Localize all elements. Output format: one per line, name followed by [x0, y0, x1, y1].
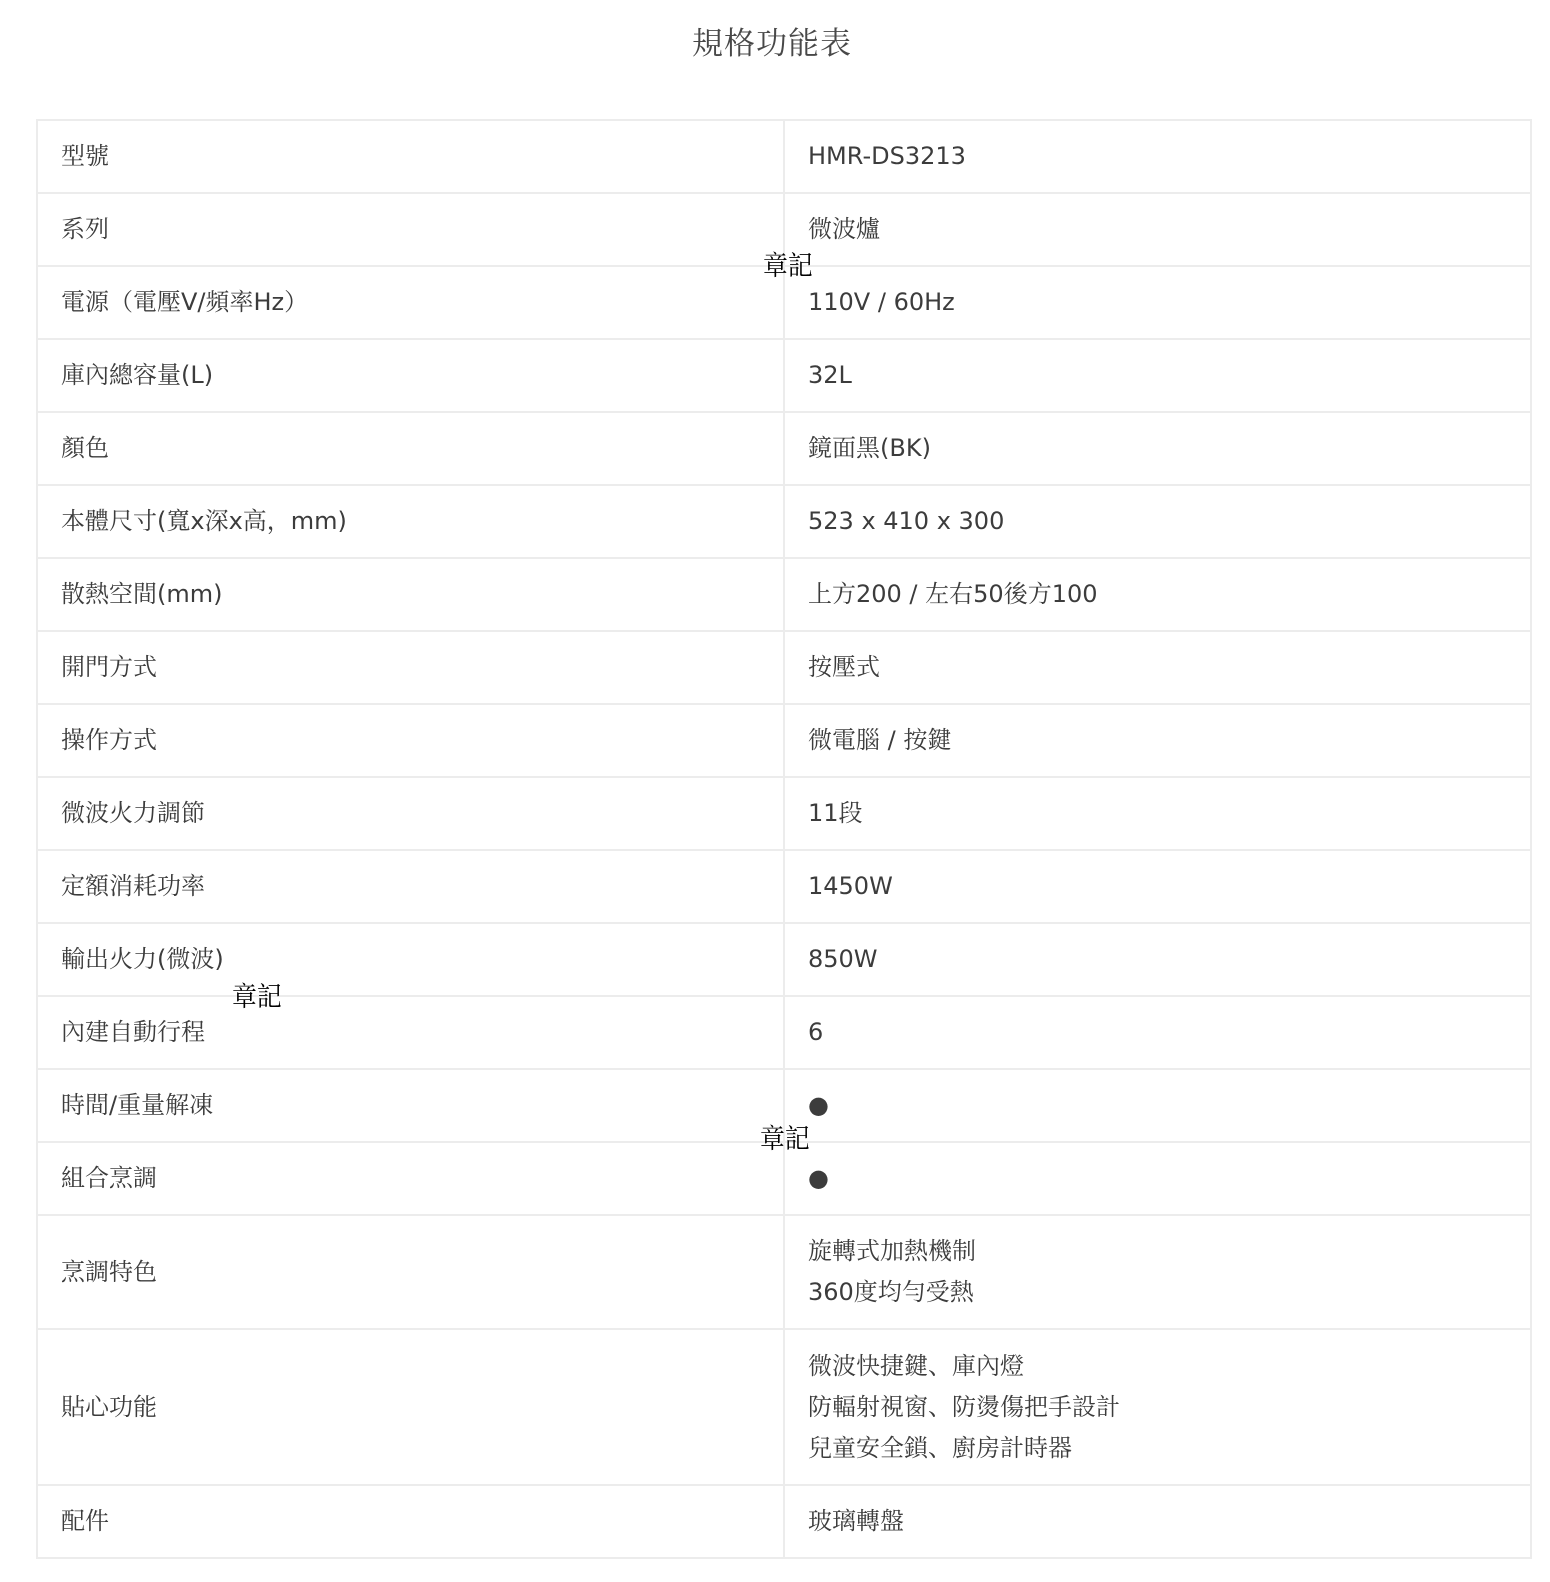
table-row: 散熱空間(mm) 上方200 / 左右50後方100: [37, 558, 1531, 631]
row-value: 旋轉式加熱機制 360度均勻受熱: [784, 1215, 1531, 1329]
page-title: 規格功能表: [0, 22, 1544, 66]
row-value: ●: [784, 1142, 1531, 1215]
row-label: 烹調特色: [37, 1215, 784, 1329]
table-row: 庫內總容量(L) 32L: [37, 339, 1531, 412]
row-label: 配件: [37, 1485, 784, 1558]
row-label: 顏色: [37, 412, 784, 485]
row-value: 微波爐: [784, 193, 1531, 266]
row-label: 時間/重量解凍: [37, 1069, 784, 1142]
row-value: 6: [784, 996, 1531, 1069]
row-value: HMR-DS3213: [784, 120, 1531, 193]
row-value: 1450W: [784, 850, 1531, 923]
value-text: 旋轉式加熱機制: [808, 1231, 1530, 1272]
overlay-mark-text: 章記: [232, 983, 282, 1013]
value-text: 按壓式: [808, 647, 1530, 688]
row-label: 本體尺寸(寬x深x高，mm): [37, 485, 784, 558]
row-label: 定額消耗功率: [37, 850, 784, 923]
value-text: 11段: [808, 793, 1530, 834]
value-text: 523 x 410 x 300: [808, 501, 1530, 542]
table-row: 烹調特色 旋轉式加熱機制 360度均勻受熱: [37, 1215, 1531, 1329]
row-label: 散熱空間(mm): [37, 558, 784, 631]
row-value: 微波快捷鍵、庫內燈 防輻射視窗、防燙傷把手設計 兒童安全鎖、廚房計時器: [784, 1329, 1531, 1485]
table-row: 配件 玻璃轉盤: [37, 1485, 1531, 1558]
table-row: 顏色 鏡面黑(BK): [37, 412, 1531, 485]
overlay-mark-text: 章記: [763, 252, 813, 282]
supported-bullet-icon: ●: [808, 1158, 1530, 1199]
value-text: 360度均勻受熱: [808, 1272, 1530, 1313]
value-text: 微波爐: [808, 209, 1530, 250]
row-value: 850W: [784, 923, 1531, 996]
row-label: 貼心功能: [37, 1329, 784, 1485]
overlay-mark-text: 章記: [760, 1125, 810, 1155]
value-text: 上方200 / 左右50後方100: [808, 574, 1530, 615]
value-text: 110V / 60Hz: [808, 282, 1530, 323]
table-row: 操作方式 微電腦 / 按鍵: [37, 704, 1531, 777]
value-text: 微電腦 / 按鍵: [808, 720, 1530, 761]
value-text: 32L: [808, 355, 1530, 396]
row-value: 110V / 60Hz: [784, 266, 1531, 339]
value-text: 玻璃轉盤: [808, 1501, 1530, 1542]
row-value: 鏡面黑(BK): [784, 412, 1531, 485]
table-row: 貼心功能 微波快捷鍵、庫內燈 防輻射視窗、防燙傷把手設計 兒童安全鎖、廚房計時器: [37, 1329, 1531, 1485]
row-label: 操作方式: [37, 704, 784, 777]
value-text: 鏡面黑(BK): [808, 428, 1530, 469]
row-value: 按壓式: [784, 631, 1531, 704]
row-value: 微電腦 / 按鍵: [784, 704, 1531, 777]
row-value: 玻璃轉盤: [784, 1485, 1531, 1558]
value-text: 防輻射視窗、防燙傷把手設計: [808, 1387, 1530, 1428]
row-label: 微波火力調節: [37, 777, 784, 850]
row-value: 11段: [784, 777, 1531, 850]
row-value: 上方200 / 左右50後方100: [784, 558, 1531, 631]
spec-table: 型號 HMR-DS3213 系列 微波爐 電源（電壓V/頻率Hz） 110V /…: [36, 119, 1532, 1559]
row-label: 型號: [37, 120, 784, 193]
row-value: 523 x 410 x 300: [784, 485, 1531, 558]
value-text: 6: [808, 1012, 1530, 1053]
row-value: 32L: [784, 339, 1531, 412]
value-text: 1450W: [808, 866, 1530, 907]
table-row: 定額消耗功率 1450W: [37, 850, 1531, 923]
row-label: 系列: [37, 193, 784, 266]
table-row: 微波火力調節 11段: [37, 777, 1531, 850]
table-row: 開門方式 按壓式: [37, 631, 1531, 704]
table-row: 本體尺寸(寬x深x高，mm) 523 x 410 x 300: [37, 485, 1531, 558]
value-text: 微波快捷鍵、庫內燈: [808, 1346, 1530, 1387]
row-label: 組合烹調: [37, 1142, 784, 1215]
supported-bullet-icon: ●: [808, 1085, 1530, 1126]
value-text: 兒童安全鎖、廚房計時器: [808, 1428, 1530, 1469]
row-label: 開門方式: [37, 631, 784, 704]
row-label: 內建自動行程: [37, 996, 784, 1069]
value-text: 850W: [808, 939, 1530, 980]
row-value: ●: [784, 1069, 1531, 1142]
value-text: HMR-DS3213: [808, 136, 1530, 177]
row-label: 庫內總容量(L): [37, 339, 784, 412]
table-row: 型號 HMR-DS3213: [37, 120, 1531, 193]
row-label: 輸出火力(微波): [37, 923, 784, 996]
row-label: 電源（電壓V/頻率Hz）: [37, 266, 784, 339]
